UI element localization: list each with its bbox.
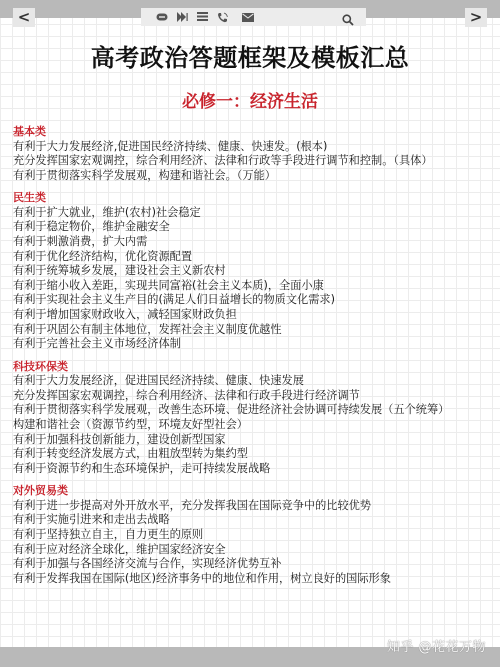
- list-item: 有利于发挥我国在国际(地区)经济事务中的地位和作用，树立良好的国际形象: [13, 572, 493, 587]
- section-livelihood: 民生类 有利于扩大就业，维护(农村)社会稳定 有利于稳定物价，维护金融安全 有利…: [13, 191, 493, 351]
- list-item: 有利于完善社会主义市场经济体制: [13, 337, 493, 352]
- section-basic: 基本类 有利于大力发展经济,促进国民经济持续、健康、快速发。(根本) 充分发挥国…: [13, 125, 493, 183]
- list-item: 有利于贯彻落实科学发展观，构建和谐社会。（万能）: [13, 169, 493, 184]
- link-icon[interactable]: [156, 12, 168, 22]
- chevron-left-icon: <: [18, 10, 31, 25]
- list-item: 有利于大力发展经济，促进国民经济持续、健康、快速发展: [13, 374, 493, 389]
- message-icon[interactable]: [196, 12, 208, 22]
- section-heading: 对外贸易类: [13, 484, 493, 499]
- list-item: 有利于进一步提高对外开放水平，充分发挥我国在国际竞争中的比较优势: [13, 499, 493, 514]
- list-item: 有利于缩小收入差距，实现共同富裕(社会主义本质)，全面小康: [13, 279, 493, 294]
- section-tech-environment: 科技环保类 有利于大力发展经济，促进国民经济持续、健康、快速发展 充分发挥国家宏…: [13, 360, 493, 477]
- forward-icon[interactable]: [176, 12, 188, 22]
- list-item: 有利于稳定物价，维护金融安全: [13, 220, 493, 235]
- list-item: 充分发挥国家宏观调控，综合利用经济、法律和行政手段进行经济调节: [13, 389, 493, 404]
- list-item: 有利于增加国家财政收入，减轻国家财政负担: [13, 308, 493, 323]
- list-item: 有利于加强与各国经济交流与合作，实现经济优势互补: [13, 557, 493, 572]
- list-item: 有利于优化经济结构，优化资源配置: [13, 250, 493, 265]
- list-item: 有利于扩大就业，维护(农村)社会稳定: [13, 206, 493, 221]
- list-item: 有利于资源节约和生态环境保护，走可持续发展战略: [13, 462, 493, 477]
- list-item: 有利于实施引进来和走出去战略: [13, 513, 493, 528]
- phone-icon[interactable]: [216, 12, 228, 22]
- list-item: 有利于坚持独立自主，自力更生的原则: [13, 528, 493, 543]
- mail-icon[interactable]: [242, 12, 254, 22]
- list-item: 有利于刺激消费，扩大内需: [13, 235, 493, 250]
- document-body: 基本类 有利于大力发展经济,促进国民经济持续、健康、快速发。(根本) 充分发挥国…: [13, 125, 493, 594]
- search-icon[interactable]: [342, 11, 354, 30]
- previous-page-button[interactable]: <: [13, 8, 35, 27]
- share-toolbar: [141, 8, 366, 26]
- next-page-button[interactable]: >: [465, 8, 487, 27]
- chevron-right-icon: >: [470, 10, 483, 25]
- list-item: 有利于转变经济发展方式，由粗放型转为集约型: [13, 447, 493, 462]
- page-title: 高考政治答题框架及模板汇总: [0, 38, 500, 73]
- list-item: 有利于巩固公有制主体地位，发挥社会主义制度优越性: [13, 323, 493, 338]
- list-item: 有利于应对经济全球化，维护国家经济安全: [13, 543, 493, 558]
- list-item: 有利于加强科技创新能力，建设创新型国家: [13, 433, 493, 448]
- section-foreign-trade: 对外贸易类 有利于进一步提高对外开放水平，充分发挥我国在国际竞争中的比较优势 有…: [13, 484, 493, 586]
- watermark: 知乎 @花花万物: [387, 636, 486, 655]
- section-heading: 科技环保类: [13, 360, 493, 375]
- list-item: 有利于大力发展经济,促进国民经济持续、健康、快速发。(根本): [13, 140, 493, 155]
- section-heading: 民生类: [13, 191, 493, 206]
- list-item: 有利于实现社会主义生产目的(满足人们日益增长的物质文化需求): [13, 293, 493, 308]
- list-item: 有利于贯彻落实科学发展观，改善生态环境、促进经济社会协调可持续发展（五个统筹）: [13, 403, 493, 418]
- section-heading: 基本类: [13, 125, 493, 140]
- page-subtitle: 必修一：经济生活: [0, 87, 500, 112]
- list-item: 构建和谐社会（资源节约型，环境友好型社会）: [13, 418, 493, 433]
- list-item: 有利于统筹城乡发展，建设社会主义新农村: [13, 264, 493, 279]
- list-item: 充分发挥国家宏观调控，综合利用经济、法律和行政等手段进行调节和控制。（具体）: [13, 154, 493, 169]
